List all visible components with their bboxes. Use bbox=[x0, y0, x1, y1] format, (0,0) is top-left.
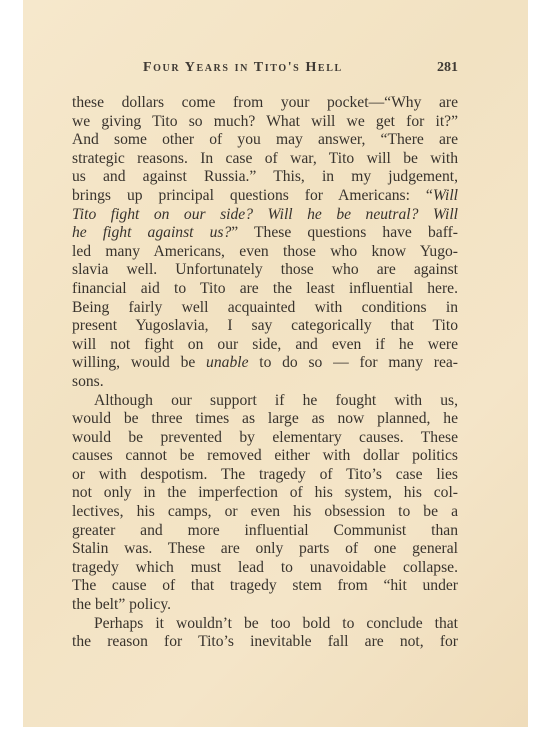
text-segment: Although our support if he fought with u… bbox=[94, 392, 458, 409]
text-line: us and against Russia.” This, in my judg… bbox=[72, 168, 458, 187]
text-segment: the reason for Tito’s inevitable fall ar… bbox=[72, 633, 458, 650]
text-line: the reason for Tito’s inevitable fall ar… bbox=[72, 633, 458, 652]
text-line: strategic reasons. In case of war, Tito … bbox=[72, 150, 458, 169]
text-line: willing, would be unable to do so — for … bbox=[72, 354, 458, 373]
running-head: Four Years in Tito's Hell 281 bbox=[143, 60, 458, 80]
text-segment: willing, would be bbox=[72, 354, 206, 371]
text-segment: us and against Russia.” This, in my judg… bbox=[72, 168, 458, 185]
text-line: Perhaps it wouldn’t be too bold to concl… bbox=[72, 615, 458, 634]
italic-text: unable bbox=[206, 354, 248, 371]
text-line: brings up principal questions for Americ… bbox=[72, 187, 458, 206]
text-line: Stalin was. These are only parts of one … bbox=[72, 540, 458, 559]
text-segment: Being fairly well acquainted with condit… bbox=[72, 299, 458, 316]
text-line: the belt” policy. bbox=[72, 596, 458, 615]
text-segment: would be prevented by elementary causes.… bbox=[72, 429, 458, 446]
text-line: The cause of that tragedy stem from “hit… bbox=[72, 577, 458, 596]
text-line: present Yugoslavia, I say categorically … bbox=[72, 317, 458, 336]
text-line: Tito fight on our side? Will he be neutr… bbox=[72, 206, 458, 225]
italic-text: Will bbox=[433, 187, 458, 204]
text-line: these dollars come from your pocket—“Why… bbox=[72, 94, 458, 113]
text-segment: tragedy which must lead to unavoidable c… bbox=[72, 559, 458, 576]
text-line: will not fight on our side, and even if … bbox=[72, 336, 458, 355]
text-line: would be three times as large as now pla… bbox=[72, 410, 458, 429]
text-line: tragedy which must lead to unavoidable c… bbox=[72, 559, 458, 578]
text-segment: or with despotism. The tragedy of Tito’s… bbox=[72, 466, 458, 483]
text-segment: not only in the imperfection of his syst… bbox=[72, 484, 458, 501]
text-segment: lectives, his camps, or even his obsessi… bbox=[72, 503, 458, 520]
italic-text: Tito fight on our side? Will he be neutr… bbox=[72, 206, 458, 223]
text-segment: these dollars come from your pocket—“Why… bbox=[72, 94, 458, 111]
running-title: Four Years in Tito's Hell bbox=[143, 60, 343, 76]
text-segment: Stalin was. These are only parts of one … bbox=[72, 540, 458, 557]
text-line: Being fairly well acquainted with condit… bbox=[72, 299, 458, 318]
text-segment: to do so — for many rea- bbox=[249, 354, 459, 371]
text-segment: And some other of you may answer, “There… bbox=[72, 131, 458, 148]
text-segment: would be three times as large as now pla… bbox=[72, 410, 458, 427]
italic-text: he fight against us? bbox=[72, 224, 231, 241]
text-segment: sons. bbox=[72, 373, 104, 390]
text-segment: led many Americans, even those who know … bbox=[72, 243, 458, 260]
text-segment: The cause of that tragedy stem from “hit… bbox=[72, 577, 458, 594]
text-segment: Perhaps it wouldn’t be too bold to concl… bbox=[94, 615, 458, 632]
text-line: would be prevented by elementary causes.… bbox=[72, 429, 458, 448]
text-segment: greater and more influential Communist t… bbox=[72, 522, 458, 539]
text-line: led many Americans, even those who know … bbox=[72, 243, 458, 262]
text-line: financial aid to Tito are the least infl… bbox=[72, 280, 458, 299]
text-line: not only in the imperfection of his syst… bbox=[72, 484, 458, 503]
text-segment: slavia well. Unfortunately those who are… bbox=[72, 261, 458, 278]
text-segment: financial aid to Tito are the least infl… bbox=[72, 280, 458, 297]
text-line: he fight against us?” These questions ha… bbox=[72, 224, 458, 243]
body-text: these dollars come from your pocket—“Why… bbox=[72, 94, 458, 652]
text-segment: ” These questions have baff- bbox=[231, 224, 458, 241]
text-segment: causes cannot be removed either with dol… bbox=[72, 447, 458, 464]
page-number: 281 bbox=[437, 60, 458, 76]
text-segment: strategic reasons. In case of war, Tito … bbox=[72, 150, 458, 167]
text-line: Although our support if he fought with u… bbox=[72, 392, 458, 411]
text-line: greater and more influential Communist t… bbox=[72, 522, 458, 541]
text-segment: the belt” policy. bbox=[72, 596, 171, 613]
text-line: we giving Tito so much? What will we get… bbox=[72, 113, 458, 132]
text-line: sons. bbox=[72, 373, 458, 392]
text-segment: will not fight on our side, and even if … bbox=[72, 336, 458, 353]
text-line: lectives, his camps, or even his obsessi… bbox=[72, 503, 458, 522]
text-line: or with despotism. The tragedy of Tito’s… bbox=[72, 466, 458, 485]
text-segment: present Yugoslavia, I say categorically … bbox=[72, 317, 458, 334]
text-line: causes cannot be removed either with dol… bbox=[72, 447, 458, 466]
text-segment: brings up principal questions for Americ… bbox=[72, 187, 433, 204]
text-line: And some other of you may answer, “There… bbox=[72, 131, 458, 150]
text-segment: we giving Tito so much? What will we get… bbox=[72, 113, 458, 130]
text-line: slavia well. Unfortunately those who are… bbox=[72, 261, 458, 280]
book-page: Four Years in Tito's Hell 281 these doll… bbox=[23, 0, 528, 727]
